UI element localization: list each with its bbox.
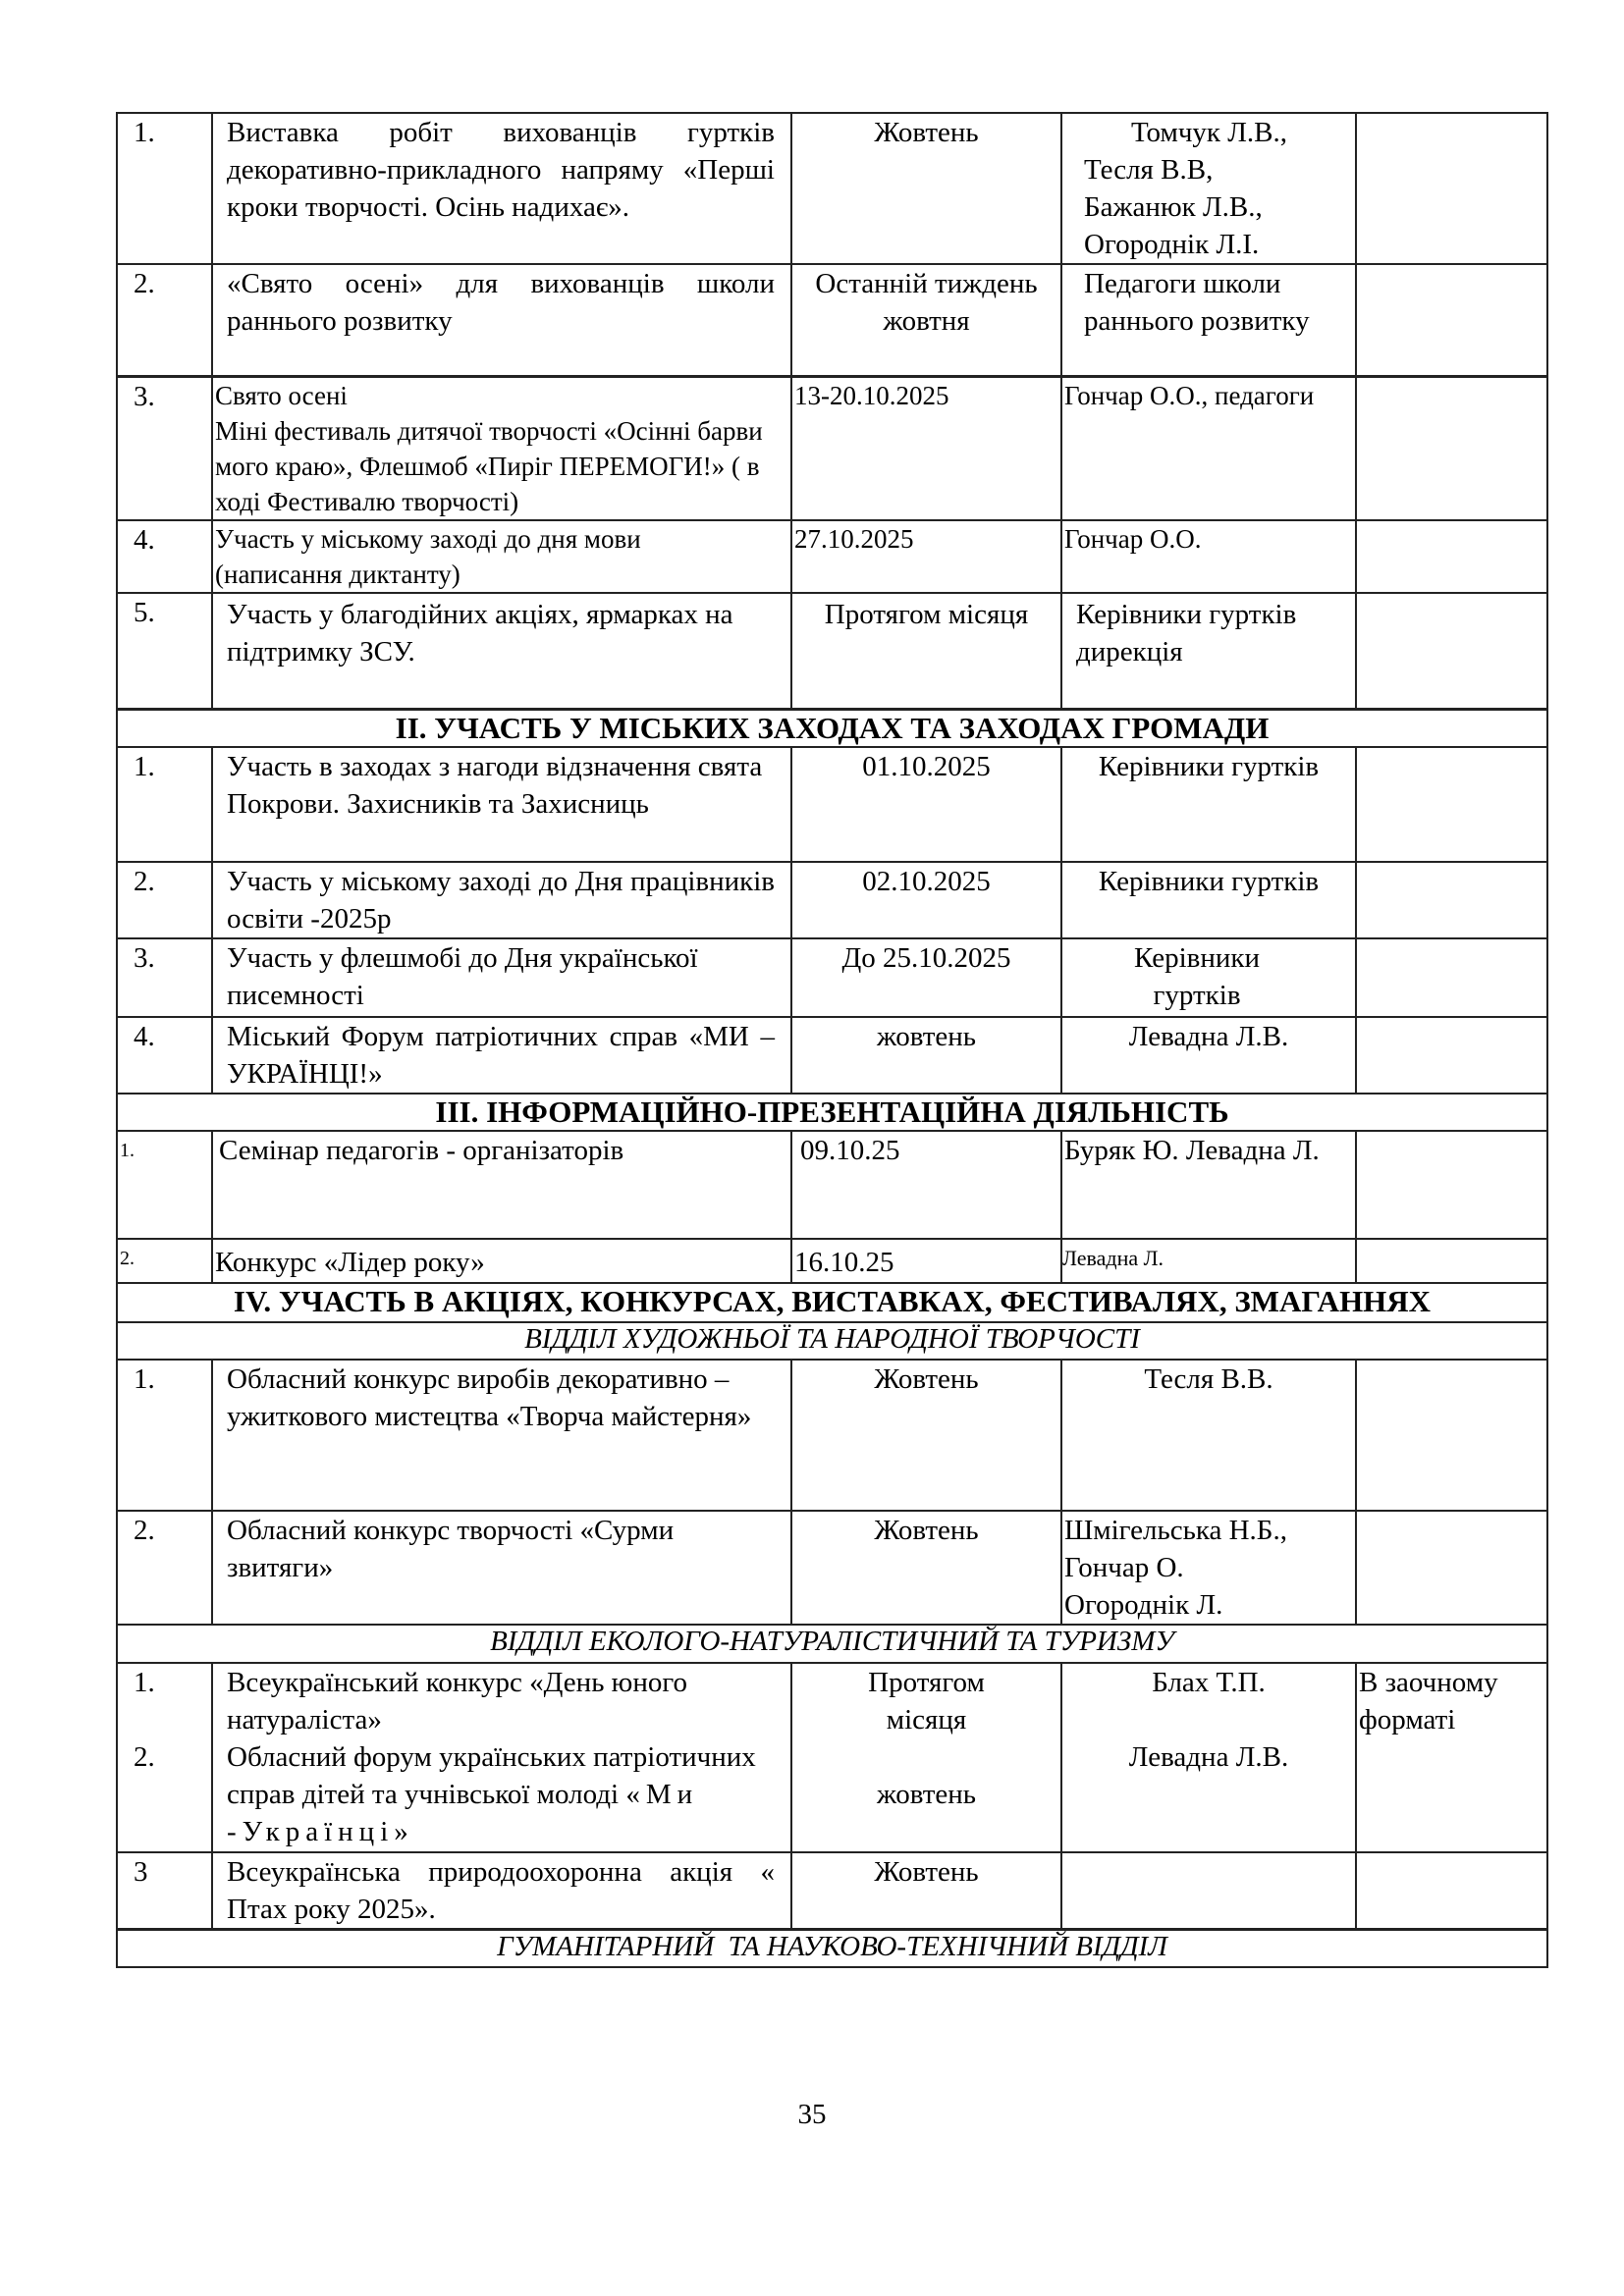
note-cell <box>1356 862 1547 938</box>
responsible-cell: Керівники гуртків <box>1061 747 1356 862</box>
activity-plan-table: 1. Виставка робіт вихованців гуртків дек… <box>116 112 1548 1968</box>
row-number-line: 1. <box>134 1664 205 1701</box>
section-title: ІІІ. ІНФОРМАЦІЙНО-ПРЕЗЕНТАЦІЙНА ДІЯЛЬНІС… <box>117 1094 1547 1131</box>
table-row: 5. Участь у благодійних акціях, ярмарках… <box>117 593 1547 710</box>
table-row: 4. Міський Форум патріотичних справ «МИ … <box>117 1017 1547 1094</box>
note-cell <box>1356 1017 1547 1094</box>
row-number: 2. <box>117 264 212 376</box>
responsible-cell: Керівники гуртків дирекція <box>1061 593 1356 710</box>
note-cell <box>1356 1131 1547 1239</box>
activity-cell: Виставка робіт вихованців гуртків декора… <box>212 113 791 264</box>
subsection-title: ВІДДІЛ ХУДОЖНЬОЇ ТА НАРОДНОЇ ТВОРЧОСТІ <box>117 1322 1547 1360</box>
activity-line: Всеукраїнський конкурс «День юного натур… <box>227 1664 775 1738</box>
date-line: Протягом місяця <box>798 1664 1055 1738</box>
note-cell <box>1356 1239 1547 1283</box>
date-cell: Жовтень <box>791 113 1061 264</box>
activity-cell: «Свято осені» для вихованців школи раннь… <box>212 264 791 376</box>
table-row: 1. Семінар педагогів - організаторів 09.… <box>117 1131 1547 1239</box>
responsible-cell: Буряк Ю. Левадна Л. <box>1061 1131 1356 1239</box>
row-number-line <box>134 1701 205 1738</box>
responsible-cell <box>1061 1852 1356 1930</box>
activity-cell: Всеукраїнська природоохоронна акція « Пт… <box>212 1852 791 1930</box>
responsible-line <box>1068 1701 1349 1738</box>
responsible-cell: Томчук Л.В., Тесля В.В, Бажанюк Л.В., Ог… <box>1061 113 1356 264</box>
date-cell: 27.10.2025 <box>791 520 1061 593</box>
table-row: 2. Обласний конкурс творчості «Сурми зви… <box>117 1511 1547 1625</box>
note-cell <box>1356 747 1547 862</box>
responsible-cell: Шмігельська Н.Б., Гончар О. Огороднік Л. <box>1061 1511 1356 1625</box>
table-row: 2. «Свято осені» для вихованців школи ра… <box>117 264 1547 376</box>
activity-cell: Участь у міському заході до Дня працівни… <box>212 862 791 938</box>
subsection-title: ВІДДІЛ ЕКОЛОГО-НАТУРАЛІСТИЧНИЙ ТА ТУРИЗМ… <box>117 1625 1547 1663</box>
activity-cell: Семінар педагогів - організаторів <box>212 1131 791 1239</box>
row-number: 1. <box>117 1360 212 1511</box>
table-row: 3 Всеукраїнська природоохоронна акція « … <box>117 1852 1547 1930</box>
responsible-line: Огороднік Л.І. <box>1084 226 1349 263</box>
responsible-cell: Левадна Л.В. <box>1061 1017 1356 1094</box>
responsible-line: Тесля В.В, <box>1084 151 1349 188</box>
note-cell <box>1356 520 1547 593</box>
responsible-line: Гончар О. <box>1064 1549 1349 1586</box>
subsection-title: ГУМАНІТАРНИЙ ТА НАУКОВО-ТЕХНІЧНИЙ ВІДДІЛ <box>117 1930 1547 1967</box>
activity-description: Міні фестиваль дитячої творчості «Осінні… <box>215 413 775 519</box>
responsible-line: Томчук Л.В., <box>1084 114 1349 151</box>
responsible-line: Шмігельська Н.Б., <box>1064 1512 1349 1549</box>
subsection-header-row: ВІДДІЛ ХУДОЖНЬОЇ ТА НАРОДНОЇ ТВОРЧОСТІ <box>117 1322 1547 1360</box>
note-cell <box>1356 593 1547 710</box>
note-cell <box>1356 1852 1547 1930</box>
activity-line: Обласний форум українських патріотичних … <box>227 1738 775 1850</box>
date-cell: 09.10.25 <box>791 1131 1061 1239</box>
activity-cell: Участь в заходах з нагоди відзначення св… <box>212 747 791 862</box>
row-number: 2. <box>117 1511 212 1625</box>
responsible-line: Огороднік Л. <box>1064 1586 1349 1624</box>
section-header-row: IV. УЧАСТЬ В АКЦІЯХ, КОНКУРСАХ, ВИСТАВКА… <box>117 1283 1547 1322</box>
row-number: 1. <box>117 747 212 862</box>
row-number: 2. <box>117 862 212 938</box>
note-cell <box>1356 1360 1547 1511</box>
activity-cell: Всеукраїнський конкурс «День юного натур… <box>212 1663 791 1852</box>
table-row: 1. Участь в заходах з нагоди відзначення… <box>117 747 1547 862</box>
date-cell: 13-20.10.2025 <box>791 376 1061 520</box>
responsible-cell: Тесля В.В. <box>1061 1360 1356 1511</box>
row-number: 1. <box>117 113 212 264</box>
table-row: 2. Участь у міському заході до Дня праці… <box>117 862 1547 938</box>
section-header-row: ІІІ. ІНФОРМАЦІЙНО-ПРЕЗЕНТАЦІЙНА ДІЯЛЬНІС… <box>117 1094 1547 1131</box>
date-cell: жовтень <box>791 1017 1061 1094</box>
date-line <box>798 1738 1055 1776</box>
row-number-line: 2. <box>134 1738 205 1776</box>
responsible-line: Бажанюк Л.В., <box>1084 188 1349 226</box>
table-row: 2. Конкурс «Лідер року» 16.10.25 Левадна… <box>117 1239 1547 1283</box>
date-cell: 02.10.2025 <box>791 862 1061 938</box>
activity-cell: Обласний конкурс творчості «Сурми звитяг… <box>212 1511 791 1625</box>
date-cell: Останній тиждень жовтня <box>791 264 1061 376</box>
section-title: ІІ. УЧАСТЬ У МІСЬКИХ ЗАХОДАХ ТА ЗАХОДАХ … <box>117 710 1547 748</box>
table-row: 1. 2. Всеукраїнський конкурс «День юного… <box>117 1663 1547 1852</box>
responsible-line: Блах Т.П. <box>1068 1664 1349 1701</box>
section-header-row: ІІ. УЧАСТЬ У МІСЬКИХ ЗАХОДАХ ТА ЗАХОДАХ … <box>117 710 1547 748</box>
responsible-cell: Керівники гуртків <box>1061 862 1356 938</box>
date-line: жовтень <box>798 1776 1055 1813</box>
forum-name: «Ми -Українці» <box>227 1779 698 1847</box>
row-number: 3. <box>117 376 212 520</box>
responsible-line: Левадна Л.В. <box>1068 1738 1349 1776</box>
note-cell: В заочному форматі <box>1356 1663 1547 1852</box>
row-number: 4. <box>117 1017 212 1094</box>
date-cell: До 25.10.2025 <box>791 938 1061 1017</box>
subsection-header-row: ГУМАНІТАРНИЙ ТА НАУКОВО-ТЕХНІЧНИЙ ВІДДІЛ <box>117 1930 1547 1967</box>
activity-cell: Свято осені Міні фестиваль дитячої творч… <box>212 376 791 520</box>
row-number: 1. <box>117 1131 212 1239</box>
responsible-cell: Левадна Л. <box>1061 1239 1356 1283</box>
table-row: 3. Свято осені Міні фестиваль дитячої тв… <box>117 376 1547 520</box>
row-number: 2. <box>117 1239 212 1283</box>
note-cell <box>1356 1511 1547 1625</box>
responsible-cell: Педагоги школи раннього розвитку <box>1061 264 1356 376</box>
note-cell <box>1356 376 1547 520</box>
responsible-cell: Керівники гуртків <box>1061 938 1356 1017</box>
responsible-cell: Гончар О.О. <box>1061 520 1356 593</box>
responsible-cell: Блах Т.П. Левадна Л.В. <box>1061 1663 1356 1852</box>
date-cell: Жовтень <box>791 1852 1061 1930</box>
table-row: 3. Участь у флешмобі до Дня української … <box>117 938 1547 1017</box>
activity-cell: Обласний конкурс виробів декоративно – у… <box>212 1360 791 1511</box>
date-cell: Жовтень <box>791 1360 1061 1511</box>
row-number: 3. <box>117 938 212 1017</box>
activity-cell: Участь у міському заході до дня мови (на… <box>212 520 791 593</box>
section-title: IV. УЧАСТЬ В АКЦІЯХ, КОНКУРСАХ, ВИСТАВКА… <box>117 1283 1547 1322</box>
table-row: 4. Участь у міському заході до дня мови … <box>117 520 1547 593</box>
table-row: 1. Обласний конкурс виробів декоративно … <box>117 1360 1547 1511</box>
date-cell: Протягом місяця жовтень <box>791 1663 1061 1852</box>
row-number: 5. <box>117 593 212 710</box>
document-page: 1. Виставка робіт вихованців гуртків дек… <box>116 112 1546 1968</box>
activity-cell: Міський Форум патріотичних справ «МИ – У… <box>212 1017 791 1094</box>
note-cell <box>1356 938 1547 1017</box>
date-cell: Протягом місяця <box>791 593 1061 710</box>
activity-cell: Участь у флешмобі до Дня української пис… <box>212 938 791 1017</box>
date-cell: 01.10.2025 <box>791 747 1061 862</box>
row-number: 1. 2. <box>117 1663 212 1852</box>
row-number: 4. <box>117 520 212 593</box>
responsible-cell: Гончар О.О., педагоги <box>1061 376 1356 520</box>
note-cell <box>1356 264 1547 376</box>
date-cell: Жовтень <box>791 1511 1061 1625</box>
note-cell <box>1356 113 1547 264</box>
table-row: 1. Виставка робіт вихованців гуртків дек… <box>117 113 1547 264</box>
row-number: 3 <box>117 1852 212 1930</box>
activity-cell: Конкурс «Лідер року» <box>212 1239 791 1283</box>
date-cell: 16.10.25 <box>791 1239 1061 1283</box>
subsection-header-row: ВІДДІЛ ЕКОЛОГО-НАТУРАЛІСТИЧНИЙ ТА ТУРИЗМ… <box>117 1625 1547 1663</box>
activity-cell: Участь у благодійних акціях, ярмарках на… <box>212 593 791 710</box>
page-number: 35 <box>0 2099 1624 2131</box>
activity-title: Свято осені <box>215 378 775 413</box>
